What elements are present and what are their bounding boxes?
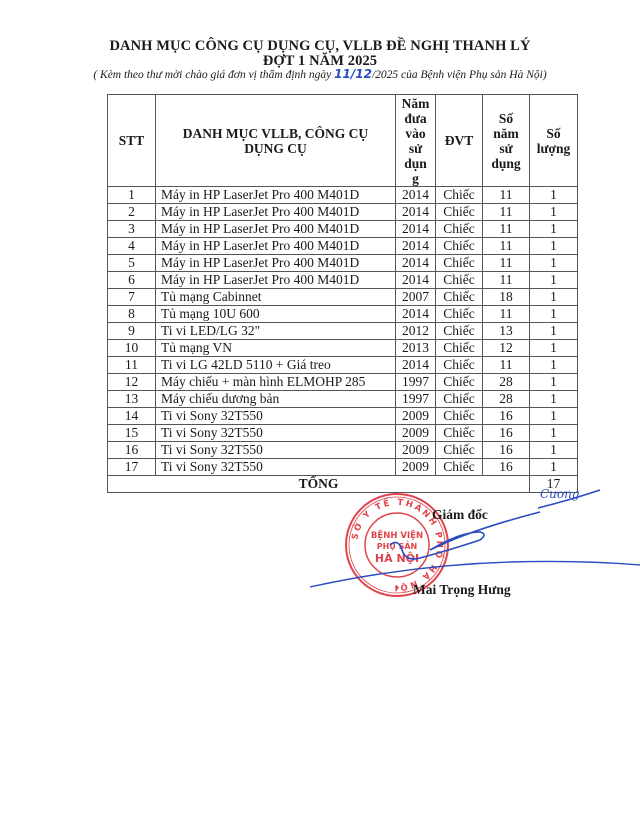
subtitle-suffix: /2025 của Bệnh viện Phụ sản Hà Nội) (372, 69, 547, 81)
handwritten-date: 11/12 (334, 67, 372, 81)
cell-year: 2014 (396, 238, 436, 255)
header-stt: STT (108, 95, 156, 187)
cell-name: Máy in HP LaserJet Pro 400 M401D (156, 272, 396, 289)
cell-year: 2014 (396, 255, 436, 272)
cell-unit: Chiếc (436, 425, 483, 442)
cell-name: Tủ mạng Cabinnet (156, 289, 396, 306)
cell-qty: 1 (530, 357, 578, 374)
table-body: 1Máy in HP LaserJet Pro 400 M401D2014Chi… (108, 187, 578, 476)
cell-stt: 5 (108, 255, 156, 272)
table-row: 10Tủ mạng VN2013Chiếc121 (108, 340, 578, 357)
cell-year: 2009 (396, 408, 436, 425)
cell-age: 18 (483, 289, 530, 306)
subtitle-prefix: ( Kèm theo thư mời chào giá đơn vị thẩm … (93, 69, 334, 81)
cell-stt: 4 (108, 238, 156, 255)
cell-unit: Chiếc (436, 408, 483, 425)
header-age: Số năm sử dụng (483, 95, 530, 187)
cell-unit: Chiếc (436, 289, 483, 306)
cell-name: Máy in HP LaserJet Pro 400 M401D (156, 221, 396, 238)
cell-year: 1997 (396, 391, 436, 408)
table-row: 3Máy in HP LaserJet Pro 400 M401D2014Chi… (108, 221, 578, 238)
table-row: 4Máy in HP LaserJet Pro 400 M401D2014Chi… (108, 238, 578, 255)
table-row: 5Máy in HP LaserJet Pro 400 M401D2014Chi… (108, 255, 578, 272)
table-row: 1Máy in HP LaserJet Pro 400 M401D2014Chi… (108, 187, 578, 204)
cell-unit: Chiếc (436, 187, 483, 204)
cell-name: Tủ mạng 10U 600 (156, 306, 396, 323)
cell-unit: Chiếc (436, 221, 483, 238)
cell-stt: 10 (108, 340, 156, 357)
table-row: 15Ti vi Sony 32T5502009Chiếc161 (108, 425, 578, 442)
table-row: 11Ti vi LG 42LD 5110 + Giá treo2014Chiếc… (108, 357, 578, 374)
cell-stt: 7 (108, 289, 156, 306)
cell-year: 2014 (396, 204, 436, 221)
cell-name: Ti vi Sony 32T550 (156, 425, 396, 442)
cell-qty: 1 (530, 238, 578, 255)
table-row: 2Máy in HP LaserJet Pro 400 M401D2014Chi… (108, 204, 578, 221)
document-subtitle: ( Kèm theo thư mời chào giá đơn vị thẩm … (0, 67, 640, 81)
cell-name: Tủ mạng VN (156, 340, 396, 357)
cell-unit: Chiếc (436, 255, 483, 272)
cell-year: 2007 (396, 289, 436, 306)
cell-unit: Chiếc (436, 238, 483, 255)
cell-age: 11 (483, 221, 530, 238)
cell-name: Máy in HP LaserJet Pro 400 M401D (156, 204, 396, 221)
table-row: 16Ti vi Sony 32T5502009Chiếc161 (108, 442, 578, 459)
cell-qty: 1 (530, 391, 578, 408)
cell-age: 28 (483, 374, 530, 391)
cell-unit: Chiếc (436, 374, 483, 391)
cell-qty: 1 (530, 289, 578, 306)
header-name: DANH MỤC VLLB, CÔNG CỤ DỤNG CỤ (156, 95, 396, 187)
cell-qty: 1 (530, 221, 578, 238)
cell-year: 2014 (396, 187, 436, 204)
cell-qty: 1 (530, 425, 578, 442)
header-year-text: Năm đưa vào sử dụn g (400, 96, 432, 186)
equipment-table: STT DANH MỤC VLLB, CÔNG CỤ DỤNG CỤ Năm đ… (107, 94, 578, 493)
cell-age: 28 (483, 391, 530, 408)
header-age-text: Số năm sử dụng (488, 111, 524, 171)
cell-qty: 1 (530, 374, 578, 391)
cell-qty: 1 (530, 442, 578, 459)
table-row: 12Máy chiếu + màn hình ELMOHP 2851997Chi… (108, 374, 578, 391)
cell-unit: Chiếc (436, 204, 483, 221)
table-header-row: STT DANH MỤC VLLB, CÔNG CỤ DỤNG CỤ Năm đ… (108, 95, 578, 187)
cell-qty: 1 (530, 306, 578, 323)
cell-stt: 2 (108, 204, 156, 221)
cell-name: Máy in HP LaserJet Pro 400 M401D (156, 187, 396, 204)
cell-unit: Chiếc (436, 272, 483, 289)
cell-qty: 1 (530, 204, 578, 221)
cell-age: 11 (483, 238, 530, 255)
cell-age: 16 (483, 408, 530, 425)
header-qty-text: Số lượng (534, 126, 574, 156)
header-qty: Số lượng (530, 95, 578, 187)
cell-year: 2013 (396, 340, 436, 357)
header-unit: ĐVT (436, 95, 483, 187)
cell-age: 11 (483, 255, 530, 272)
cell-name: Ti vi LG 42LD 5110 + Giá treo (156, 357, 396, 374)
cell-year: 2009 (396, 425, 436, 442)
cell-stt: 1 (108, 187, 156, 204)
cell-qty: 1 (530, 340, 578, 357)
table-row: 13Máy chiếu dương bản1997Chiếc281 (108, 391, 578, 408)
cell-stt: 9 (108, 323, 156, 340)
cell-name: Máy in HP LaserJet Pro 400 M401D (156, 238, 396, 255)
cell-age: 11 (483, 204, 530, 221)
cell-qty: 1 (530, 187, 578, 204)
cell-name: Máy chiếu dương bản (156, 391, 396, 408)
table-row: 6Máy in HP LaserJet Pro 400 M401D2014Chi… (108, 272, 578, 289)
table-row: 9Ti vi LED/LG 32"2012Chiếc131 (108, 323, 578, 340)
cell-stt: 15 (108, 425, 156, 442)
cell-year: 2014 (396, 357, 436, 374)
cell-qty: 1 (530, 323, 578, 340)
table-row: 7Tủ mạng Cabinnet2007Chiếc181 (108, 289, 578, 306)
cell-unit: Chiếc (436, 442, 483, 459)
cell-age: 16 (483, 425, 530, 442)
cell-stt: 3 (108, 221, 156, 238)
cell-age: 13 (483, 323, 530, 340)
cell-name: Ti vi Sony 32T550 (156, 408, 396, 425)
cell-stt: 12 (108, 374, 156, 391)
cell-year: 2014 (396, 272, 436, 289)
cell-stt: 13 (108, 391, 156, 408)
cell-stt: 11 (108, 357, 156, 374)
cell-age: 11 (483, 272, 530, 289)
cell-year: 1997 (396, 374, 436, 391)
cell-age: 11 (483, 357, 530, 374)
cell-stt: 8 (108, 306, 156, 323)
cell-unit: Chiếc (436, 323, 483, 340)
header-year: Năm đưa vào sử dụn g (396, 95, 436, 187)
cell-unit: Chiếc (436, 340, 483, 357)
cell-name: Ti vi Sony 32T550 (156, 442, 396, 459)
table-row: 14Ti vi Sony 32T5502009Chiếc161 (108, 408, 578, 425)
cell-stt: 16 (108, 442, 156, 459)
cell-unit: Chiếc (436, 357, 483, 374)
cell-age: 11 (483, 187, 530, 204)
cell-unit: Chiếc (436, 391, 483, 408)
cell-name: Máy in HP LaserJet Pro 400 M401D (156, 255, 396, 272)
cell-stt: 14 (108, 408, 156, 425)
cell-qty: 1 (530, 255, 578, 272)
cell-qty: 1 (530, 408, 578, 425)
cell-age: 11 (483, 306, 530, 323)
cell-qty: 1 (530, 272, 578, 289)
handwritten-signature: Cương (310, 470, 640, 600)
table-row: 8Tủ mạng 10U 6002014Chiếc111 (108, 306, 578, 323)
cell-year: 2014 (396, 221, 436, 238)
cell-year: 2012 (396, 323, 436, 340)
cell-name: Máy chiếu + màn hình ELMOHP 285 (156, 374, 396, 391)
cell-name: Ti vi LED/LG 32" (156, 323, 396, 340)
cell-age: 16 (483, 442, 530, 459)
cell-year: 2014 (396, 306, 436, 323)
cell-year: 2009 (396, 442, 436, 459)
cell-stt: 17 (108, 459, 156, 476)
cell-unit: Chiếc (436, 306, 483, 323)
cell-stt: 6 (108, 272, 156, 289)
cell-age: 12 (483, 340, 530, 357)
